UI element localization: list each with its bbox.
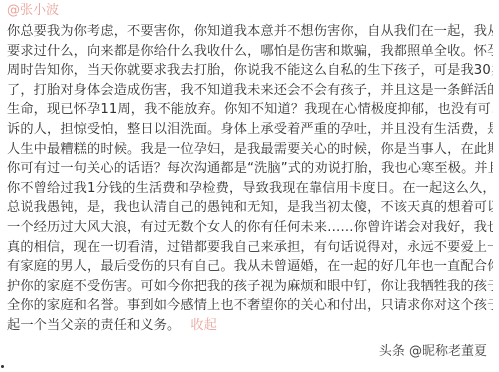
post-line: 诉的人，担惊受怕，整日以泪洗面。身体上承受着严重的孕吐，并且没有生活费，是我	[7, 120, 493, 140]
post-line: 一个经历过大风大浪，有过无数个女人的你有任何未来……你曾许诺会对我好，我也天	[7, 218, 493, 238]
post-body: 你总要我为你考虑，不要害你，你知道我本意并不想伤害你，自从我们在一起，我从未 要…	[7, 22, 493, 336]
post-line: 要求过什么，向来都是你给什么我收什么，哪怕是伤害和欺骗，我都照单全收。怀孕4	[7, 42, 493, 62]
post-line: 总说我愚钝，是，我也认清自己的愚钝和无知，是我当初太傻，不该天真的想着可以和	[7, 198, 493, 218]
post-line: 人生中最糟糕的时候。我是一位孕妇，是我最需要关心的时候，你是当事人，在此期间	[7, 140, 493, 160]
collapse-link[interactable]: 收起	[190, 318, 217, 333]
weibo-post: @张小波 你总要我为你考虑，不要害你，你知道我本意并不想伤害你，自从我们在一起，…	[0, 0, 499, 372]
post-line: 了，打胎对身体会造成伤害，我不知道我未来还会不会有孩子，并且这是一条鲜活的小	[7, 81, 493, 101]
post-line: 你可有过一句关心的话语？每次沟通都是“洗脑”式的劝说打胎，我也心寒至极。并且	[7, 159, 493, 179]
post-line: 你总要我为你考虑，不要害你，你知道我本意并不想伤害你，自从我们在一起，我从未	[7, 22, 493, 42]
watermark: 头条 @昵称老董夏	[379, 343, 487, 361]
author-mention-link[interactable]: @张小波	[7, 2, 59, 20]
post-last-line: 起一个当父亲的责任和义务。收起	[7, 316, 493, 336]
post-line: 生命，现已怀孕11周，我不能放弃。你知不知道？我现在心情极度抑郁，也没有可以倾	[7, 100, 493, 120]
post-line: 真的相信，现在一切看清，过错都要我自己来承担，有句话说得对，永远不要爱上一个	[7, 238, 493, 258]
post-line-text: 起一个当父亲的责任和义务。	[7, 318, 180, 333]
post-line: 有家庭的男人，最后受伤的只有自己。我从未曾逼婚，在一起的好几年也一直配合你保	[7, 257, 493, 277]
post-line: 周时告知你，当天你就要求我去打胎，你说我不能这么自私的生下孩子，可是我30岁	[7, 61, 493, 81]
post-line: 你不曾给过我1分钱的生活费和孕检费，导致我现在靠信用卡度日。在一起这么久，你	[7, 179, 493, 199]
post-line: 全你的家庭和名誉。事到如今感情上也不奢望你的关心和付出，只请求你对这个孩子负	[7, 296, 493, 316]
post-line: 护你的家庭不受伤害。可如今你把我的孩子视为麻烦和眼中钉，你让我牺牲我的孩子保	[7, 277, 493, 297]
bullet-dot	[1, 365, 4, 368]
